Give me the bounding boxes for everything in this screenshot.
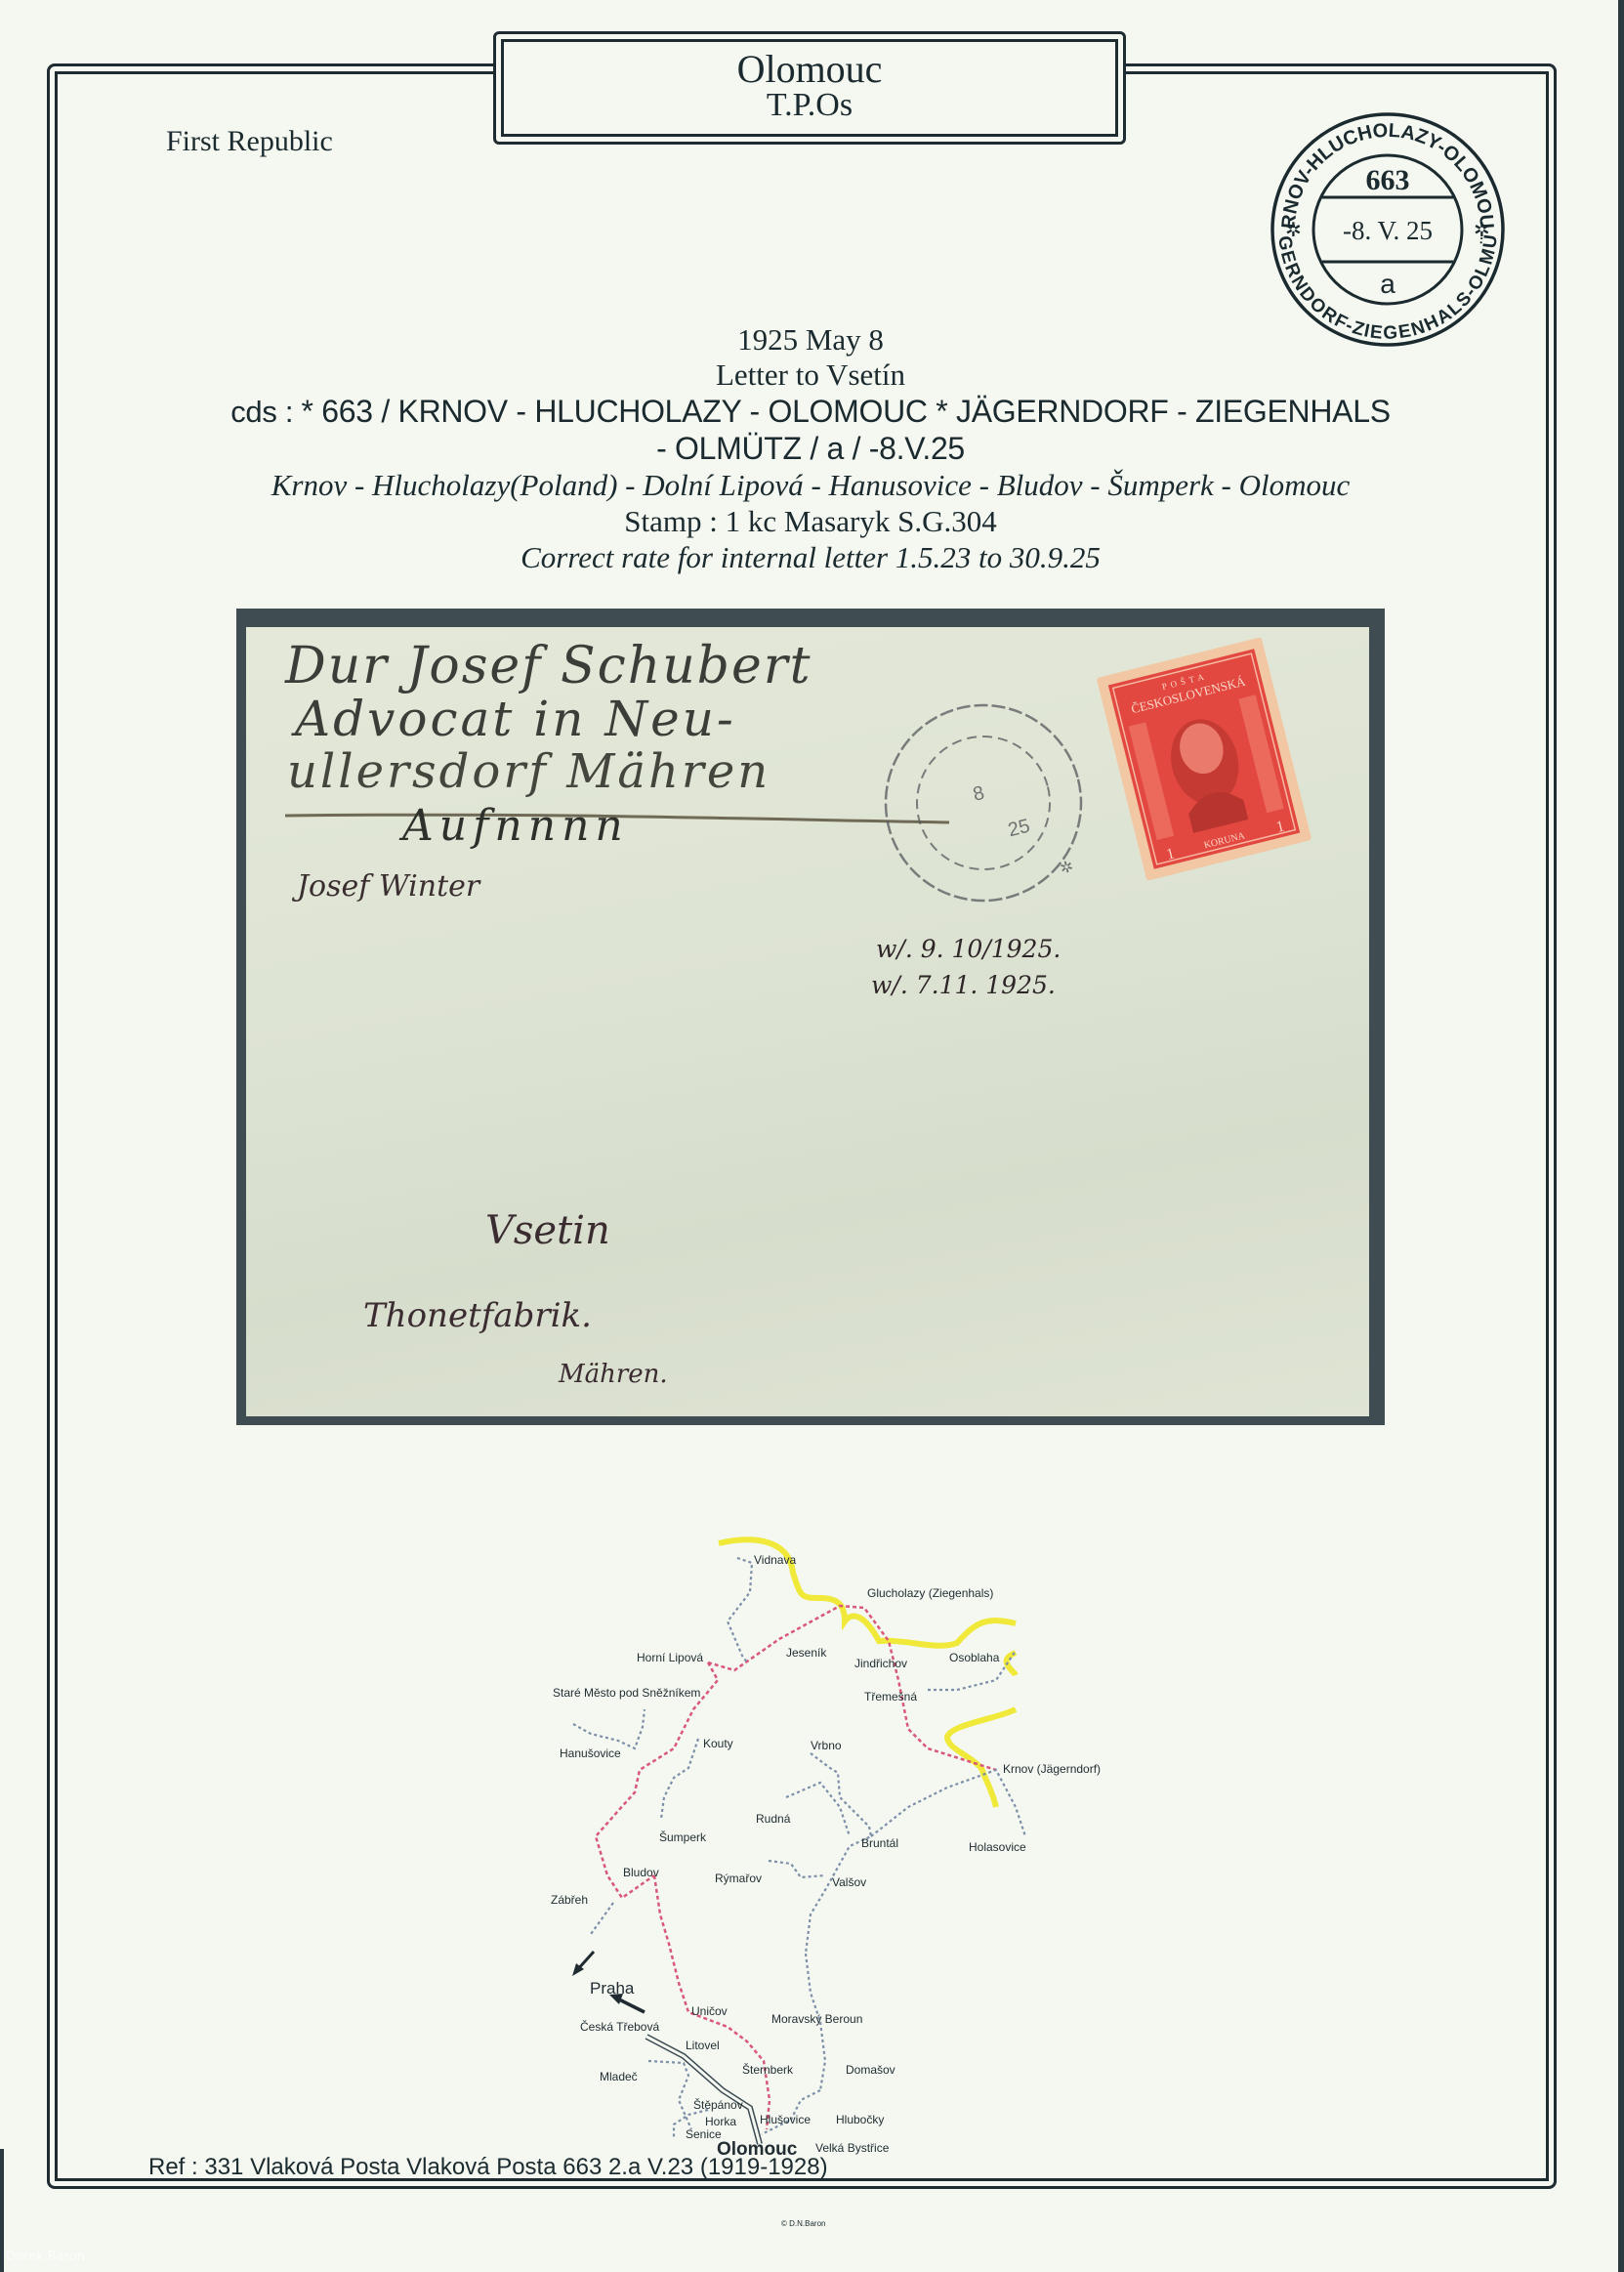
annotation-1: w/. 9. 10/1925. — [876, 935, 1061, 963]
envelope-cover: 8 25 ✲ Dur Josef Schubert Advocat in Neu… — [246, 627, 1369, 1416]
map-label: Osoblaha — [949, 1651, 999, 1664]
map-label: Hlušovice — [760, 2113, 811, 2126]
map-label: Rudná — [756, 1812, 790, 1826]
map-label: Hanušovice — [560, 1746, 621, 1760]
cover-subject: Letter to Vsetín — [59, 358, 1562, 393]
svg-text:25: 25 — [1006, 816, 1032, 842]
map-label: Praha — [590, 1979, 634, 1999]
rate-line: Correct rate for internal letter 1.5.23 … — [59, 539, 1562, 576]
map-label: Staré Město pod Sněžníkem — [553, 1686, 700, 1700]
watermark: Derek Baron — [6, 2250, 85, 2264]
map-label: Domašov — [846, 2063, 895, 2077]
map-label: Štěpánov — [693, 2098, 743, 2112]
sender-note: Josef Winter — [297, 869, 479, 904]
map-label: Hlubočky — [836, 2113, 884, 2126]
map-label: Mladeč — [600, 2070, 638, 2083]
star-icon: ✲ — [1059, 859, 1075, 878]
destination-region: Mähren. — [559, 1360, 668, 1389]
map-label: Bludov — [623, 1866, 659, 1879]
copyright: © D.N.Baron — [781, 2219, 825, 2228]
cds-line-2: - OLMÜTZ / a / -8.V.25 — [59, 430, 1562, 467]
map-label: Rýmařov — [715, 1872, 762, 1885]
postmark-date: -8. V. 25 — [1343, 216, 1433, 245]
map-label: Glucholazy (Ziegenhals) — [867, 1586, 993, 1600]
map-label: Vrbno — [811, 1739, 842, 1752]
cds-line-1: cds : * 663 / KRNOV - HLUCHOLAZY - OLOMO… — [59, 393, 1562, 430]
map-label: Valšov — [832, 1875, 866, 1889]
scan-edge — [0, 2149, 4, 2272]
map-label: Velká Bystřice — [815, 2141, 889, 2155]
map-label: Bruntál — [861, 1836, 898, 1850]
postmark-number: 663 — [1366, 164, 1410, 196]
map-label: Holasovice — [969, 1840, 1026, 1854]
address-line-2: Advocat in Neu- — [295, 691, 736, 747]
stamp-line: Stamp : 1 kc Masaryk S.G.304 — [59, 504, 1562, 539]
map-label: Vidnava — [754, 1553, 796, 1567]
destination-firm: Thonetfabrik. — [363, 1296, 592, 1335]
page-title: Olomouc — [504, 50, 1115, 89]
postmark-illustration: KRNOV-HLUCHOLAZY-OLOMOUC JÄGERNDORF-ZIEG… — [1266, 107, 1510, 352]
map-label: Moravský Beroun — [771, 2012, 862, 2026]
destination-city: Vsetin — [485, 1208, 610, 1253]
map-label: Jindřichov — [854, 1657, 907, 1670]
map-label: Třemešná — [864, 1690, 917, 1704]
map-label: Uničov — [691, 2004, 728, 2018]
map-label: Česká Třebová — [580, 2020, 659, 2034]
scan-edge — [1618, 0, 1624, 2272]
struck-line: Aufnnnn — [402, 801, 629, 851]
map-label: Šternberk — [742, 2063, 793, 2077]
postmark-letter: a — [1380, 269, 1395, 299]
map-label: Horní Lipová — [637, 1651, 703, 1664]
map-label: Kouty — [703, 1737, 733, 1750]
page-subtitle: T.P.Os — [504, 89, 1115, 122]
cover-date: 1925 May 8 — [59, 322, 1562, 358]
address-line-1: Dur Josef Schubert — [285, 637, 812, 695]
map-label: Jeseník — [786, 1646, 826, 1660]
map-label: Krnov (Jägerndorf) — [1003, 1762, 1101, 1776]
star-icon: ✲ — [1285, 220, 1302, 241]
description-block: 1925 May 8 Letter to Vsetín cds : * 663 … — [59, 322, 1562, 576]
address-line-3: ullersdorf Mähren — [287, 744, 770, 799]
map-label: Zábřeh — [551, 1893, 588, 1907]
map-label: Šumperk — [659, 1830, 706, 1844]
route-line: Krnov - Hlucholazy(Poland) - Dolní Lipov… — [59, 467, 1562, 504]
title-box-inner: Olomouc T.P.Os — [501, 39, 1118, 137]
map-label: Horka — [705, 2115, 736, 2128]
annotation-2: w/. 7.11. 1925. — [871, 971, 1056, 999]
section-label: First Republic — [166, 125, 333, 158]
map-label: Litovel — [686, 2039, 720, 2052]
cds-prefix: cds : — [230, 395, 301, 429]
star-icon: ✲ — [1474, 220, 1490, 241]
route-map: Vidnava Glucholazy (Ziegenhals) Horní Li… — [527, 1514, 1094, 2149]
reference-note: Ref : 331 Vlaková Posta Vlaková Posta 66… — [148, 2154, 828, 2181]
svg-text:8: 8 — [971, 782, 986, 806]
cds-text: * 663 / KRNOV - HLUCHOLAZY - OLOMOUC * J… — [302, 394, 1391, 429]
